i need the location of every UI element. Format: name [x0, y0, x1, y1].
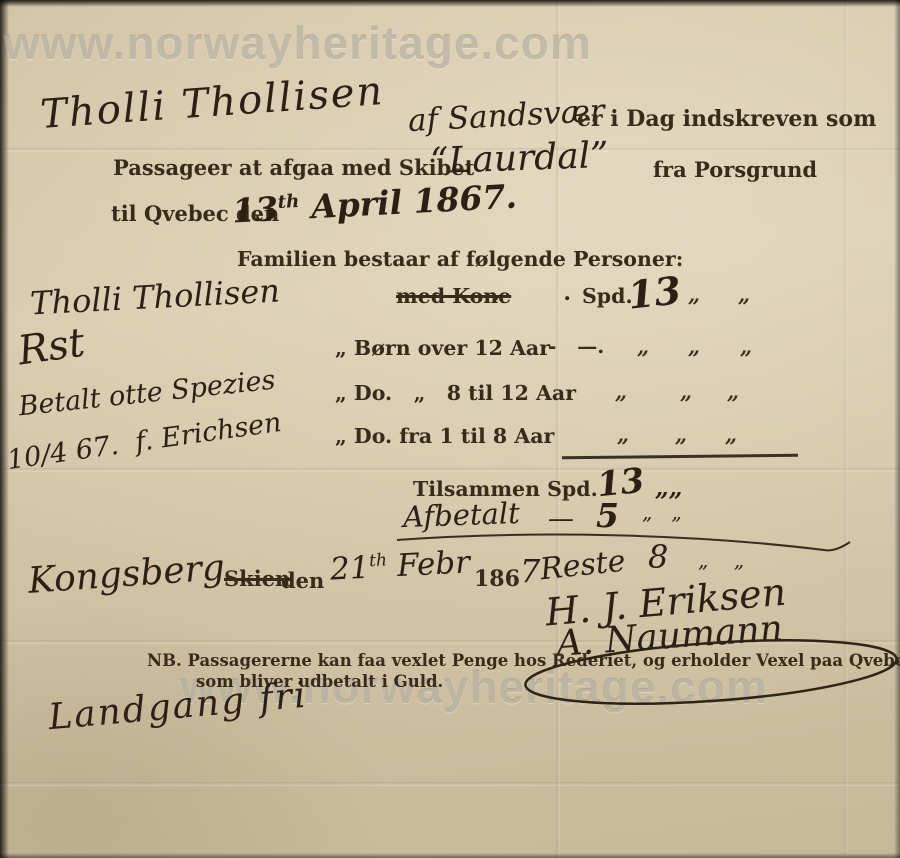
watermark-text: www.norwayheritage.com [4, 16, 592, 70]
ditto-mark: „ [688, 282, 700, 307]
passenger-origin-handwritten: af Sandsvær [407, 93, 605, 139]
printed-year-prefix: 186 [474, 566, 520, 592]
family-head-name-handwritten: Tholli Thollisen [29, 271, 281, 322]
row-children-1-to-8: „ Do. fra 1 til 8 Aar [335, 424, 554, 448]
ditto-mark: „ [725, 422, 737, 447]
printed-den-label: den [281, 568, 324, 593]
blank-dashes: - —. [548, 334, 604, 358]
sum-rule-line [562, 454, 798, 459]
ship-name-handwritten: “Laurdal” [429, 135, 609, 182]
ditto-mark: „ [637, 334, 649, 359]
printed-registered-text: er i Dag indskreven som [577, 106, 876, 132]
departure-date-handwritten: 13th April 1867. [231, 177, 518, 231]
currency-label: Spd. [582, 284, 633, 308]
printed-passenger-line: Passageer at afgaa med Skibet [113, 155, 474, 180]
landgang-note-handwritten: Landgang fri [47, 675, 309, 738]
date-month-year: April 1867. [299, 177, 518, 227]
signing-day-suffix: th [369, 550, 388, 571]
scanned-emigration-contract: www.norwayheritage.com www.norwayheritag… [0, 0, 900, 858]
rest-label-handwritten: Reste [538, 544, 627, 588]
ditto-mark: „ [738, 282, 750, 307]
ditto-mark: „ [740, 334, 752, 359]
signing-day: 21 [329, 550, 370, 588]
family-section-heading: Familien bestaar af følgende Personer: [237, 247, 683, 271]
ditto-mark: „ [615, 379, 627, 404]
paper-crease [0, 782, 900, 786]
row-children-8-to-12: „ Do. „ 8 til 12 Aar [335, 381, 576, 405]
ditto-mark: „ „ [698, 548, 744, 572]
handwritten-year-digit: 7 [520, 552, 540, 590]
ditto-mark: „ [680, 379, 692, 404]
signing-date-handwritten: 21th Febr [329, 544, 471, 587]
ditto-mark: „ [727, 379, 739, 404]
ditto-mark: „„ [655, 473, 683, 502]
row-children-over-12: „ Børn over 12 Aar [335, 336, 550, 360]
ditto-mark: „ [617, 422, 629, 447]
ditto-mark: „ [675, 422, 687, 447]
ditto-mark: „ [688, 334, 700, 359]
ditto-mark: „ „ [642, 500, 682, 524]
hand-drawn-oval [518, 630, 900, 714]
rest-amount-handwritten: 8 [648, 538, 668, 576]
signing-month: Febr [386, 544, 470, 584]
passenger-name-handwritten: Tholli Thollisen [39, 68, 386, 138]
date-ordinal-suffix: th [277, 191, 300, 213]
scan-edge [0, 0, 900, 7]
margin-note-line1: Rst [15, 320, 87, 375]
fare-amount-handwritten: 13 [626, 267, 683, 317]
date-day: 13 [231, 189, 279, 230]
place-handwritten: Kongsberg [27, 547, 226, 602]
scan-edge [0, 0, 9, 858]
scan-edge [0, 853, 900, 858]
printed-departure-port: fra Porsgrund [653, 157, 817, 182]
paper-crease [0, 468, 900, 472]
scan-edge [894, 0, 900, 858]
